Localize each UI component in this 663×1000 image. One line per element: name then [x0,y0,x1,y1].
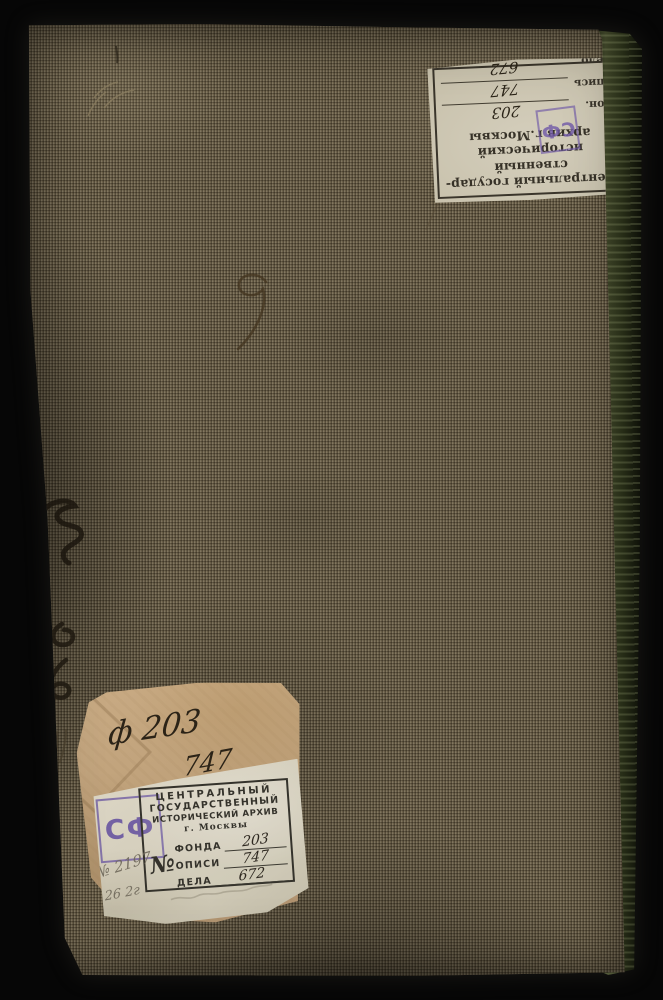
burlap-cloth-cover: Центральный государ- ственный историческ… [28,24,640,976]
tan-paper-label: ф 203 747 [75,680,305,926]
archive-label-fields: Фон. 203 Опись 747 Дело 672 [440,53,616,126]
cover-ink-marks [28,24,640,976]
dela-label: ДЕЛА [177,875,216,889]
fond-value: 203 [491,102,520,123]
opisi-value: 747 [242,848,269,868]
pencil-scrawl [90,759,310,928]
delo-line: 672 [440,55,568,81]
stamp-rows: ФОНДА 203 ОПИСИ 747 ДЕЛА 672 [174,830,289,889]
stamp-name-line: ГОСУДАРСТВЕННЫЙ [145,794,283,815]
handwritten-opis-number: 747 [182,744,233,784]
archive-name-line: архив г.Москвы [443,124,617,147]
fonda-line: 203 [224,827,287,851]
white-slip-label: СФ ЦЕНТРАЛЬНЫЙ ГОСУДАРСТВЕННЫЙ ИСТОРИЧЕС… [90,759,310,928]
small-thread-mark [116,46,117,63]
pencil-note: 26 2г [104,883,140,905]
archive-label-top-inverted: Центральный государ- ственный историческ… [427,55,632,205]
archive-name-line: Центральный государ- [445,170,619,193]
opisi-row: ОПИСИ 747 [175,847,288,872]
fonda-label: ФОНДА [174,841,225,855]
dela-row: ДЕЛА 672 [176,864,289,889]
stamp-name-line: ИСТОРИЧЕСКИЙ АРХИВ [146,806,284,826]
archive-label-frame: Центральный государ- ственный историческ… [432,60,627,199]
numero-symbol: № [146,837,180,891]
sf-stamp-top: СФ [535,105,580,154]
sf-stamp-bottom: СФ [95,794,164,863]
fonda-row: ФОНДА 203 [174,830,287,855]
fond-line: 203 [442,99,570,125]
fond-row: Фон. 203 [442,97,616,127]
dela-value: 672 [238,865,265,885]
opis-line: 747 [441,77,569,103]
pencil-inventory-number: № 2197 [95,848,152,883]
stamp-fields: № ФОНДА 203 ОПИСИ 747 ДЕЛА 672 [148,830,289,891]
archive-stamp-box: ЦЕНТРАЛЬНЫЙ ГОСУДАРСТВЕННЫЙ ИСТОРИЧЕСКИЙ… [138,778,295,892]
opisi-label: ОПИСИ [175,858,224,872]
opis-row: Опись 747 [441,75,615,105]
handwritten-nine-mark [238,275,266,349]
stamp-name-line: ЦЕНТРАЛЬНЫЙ [144,783,282,804]
archival-book-cover: Центральный государ- ственный историческ… [28,24,640,976]
dela-line: 672 [214,861,289,886]
spine-ink-mark-upper [38,501,81,563]
delo-row: Дело 672 [440,53,614,83]
opis-value: 747 [490,80,519,101]
frayed-threads-corner [88,82,134,116]
faint-crease-mark [426,172,456,230]
delo-value: 672 [489,58,518,79]
archive-name-line: ственный исторический [444,139,618,177]
handwritten-fond-number: ф 203 [107,703,203,754]
fonda-value: 203 [242,830,269,850]
opisi-line: 747 [222,844,287,868]
spine-ink-mark-lower [39,624,73,770]
stamp-city-line: г. Москвы [147,817,285,837]
